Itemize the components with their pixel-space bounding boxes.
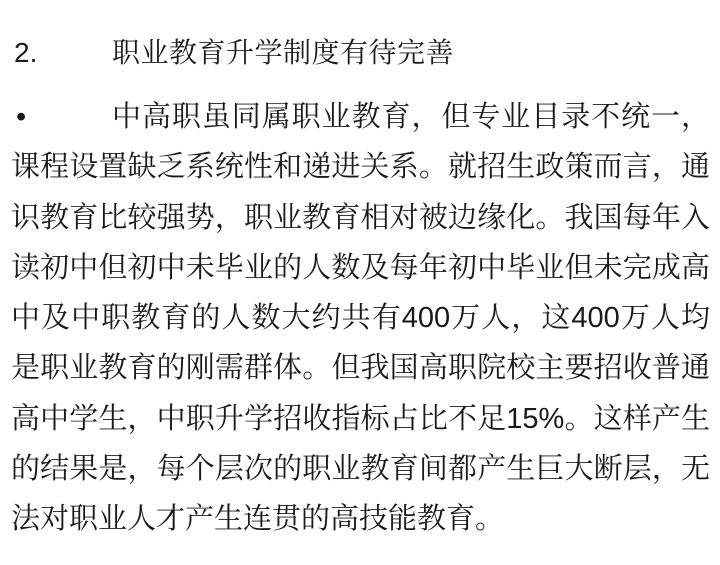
paragraph-line: •中高职虽同属职业教育，但专业目录不统一， xyxy=(11,92,710,142)
bullet-icon: • xyxy=(16,92,26,142)
paragraph-line-text: 中高职虽同属职业教育，但专业目录不统一， xyxy=(112,101,710,133)
paragraph-line: 中及中职教育的人数大约共有400万人，这400万人均 xyxy=(11,293,710,343)
paragraph-line: 法对职业人才产生连贯的高技能教育。 xyxy=(11,494,710,544)
body-paragraph: •中高职虽同属职业教育，但专业目录不统一， 课程设置缺乏系统性和递进关系。就招生… xyxy=(11,92,710,545)
paragraph-line: 课程设置缺乏系统性和递进关系。就招生政策而言，通 xyxy=(11,142,710,192)
paragraph-line: 识教育比较强势，职业教育相对被边缘化。我国每年入 xyxy=(11,193,710,243)
paragraph-line: 高中学生，中职升学招收指标占比不足15%。这样产生 xyxy=(11,394,710,444)
document-page: 2. 职业教育升学制度有待完善 •中高职虽同属职业教育，但专业目录不统一， 课程… xyxy=(0,0,720,565)
section-title: 职业教育升学制度有待完善 xyxy=(112,38,454,68)
paragraph-line: 的结果是，每个层次的职业教育间都产生巨大断层，无 xyxy=(11,444,710,494)
paragraph-line: 读初中但初中未毕业的人数及每年初中毕业但未完成高 xyxy=(11,243,710,293)
paragraph-line: 是职业教育的刚需群体。但我国高职院校主要招收普通 xyxy=(11,343,710,393)
section-number: 2. xyxy=(14,38,37,68)
section-heading: 2. 职业教育升学制度有待完善 xyxy=(0,38,720,68)
